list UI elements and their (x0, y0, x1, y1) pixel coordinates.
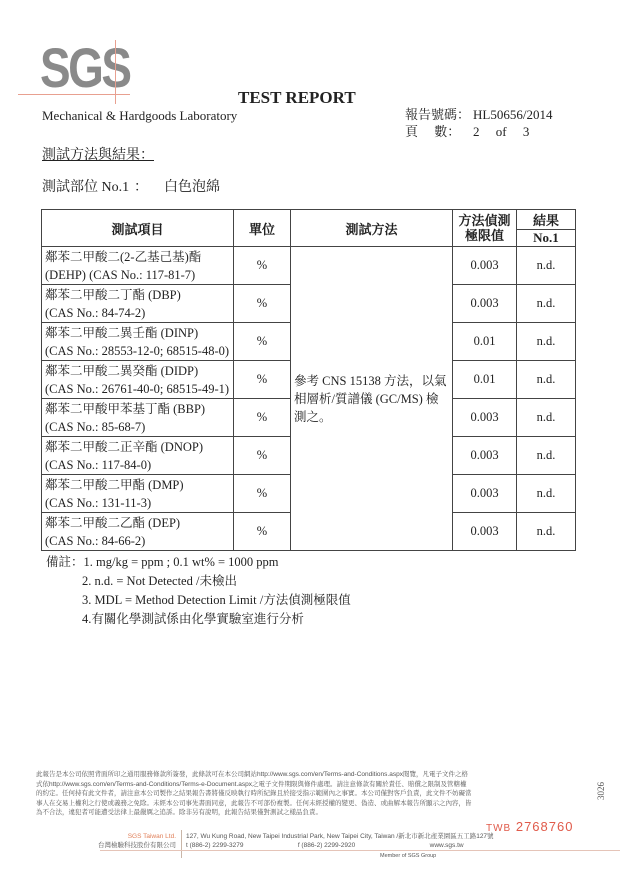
item-name: 鄰苯二甲酸二丁酯 (DBP) (45, 286, 230, 304)
report-no: HL50656/2014 (473, 106, 603, 123)
test-part: 測試部位 No.1 ： 白色泡綿 (42, 176, 220, 196)
item-cas: (CAS No.: 84-66-2) (45, 532, 230, 550)
result-cell: n.d. (517, 361, 576, 399)
mdl-cell: 0.003 (453, 285, 517, 323)
laboratory-name: Mechanical & Hardgoods Laboratory (42, 108, 237, 124)
item-name: 鄰苯二甲酸二(2-乙基己基)酯 (45, 248, 230, 266)
item-cas: (CAS No.: 26761-40-0; 68515-49-1) (45, 380, 230, 398)
company-en: SGS Taiwan Ltd. (48, 832, 176, 841)
header-method: 測試方法 (291, 210, 453, 247)
legal-line: 為不合法，違犯者可能遭受法律上最嚴厲之追訴。除非另有說明，此報告結果僅對測試之樣… (36, 808, 584, 818)
mdl-cell: 0.003 (453, 437, 517, 475)
unit-cell: % (234, 475, 291, 513)
footer-company: SGS Taiwan Ltd. 台灣檢驗科技股份有限公司 (48, 832, 176, 850)
company-zh: 台灣檢驗科技股份有限公司 (48, 841, 176, 850)
unit-cell: % (234, 399, 291, 437)
item-cas: (CAS No.: 84-74-2) (45, 304, 230, 322)
item-cell: 鄰苯二甲酸二異癸酯 (DIDP)(CAS No.: 26761-40-0; 68… (42, 361, 234, 399)
mdl-cell: 0.01 (453, 361, 517, 399)
header-unit: 單位 (234, 210, 291, 247)
item-cas: (CAS No.: 28553-12-0; 68515-48-0) (45, 342, 230, 360)
report-no-label: 報告號碼： (405, 106, 473, 123)
page-value: 2 of 3 (473, 123, 603, 140)
logo-horizontal-line (18, 94, 130, 95)
member-of-group: Member of SGS Group (380, 853, 436, 859)
item-name: 鄰苯二甲酸二甲酯 (DMP) (45, 476, 230, 494)
item-name: 鄰苯二甲酸二異壬酯 (DINP) (45, 324, 230, 342)
notes-label: 備註： (46, 555, 84, 569)
table-row: 鄰苯二甲酸二(2-乙基己基)酯(DEHP) (CAS No.: 117-81-7… (42, 247, 576, 285)
item-cell: 鄰苯二甲酸二異壬酯 (DINP)(CAS No.: 28553-12-0; 68… (42, 323, 234, 361)
mdl-cell: 0.003 (453, 247, 517, 285)
unit-cell: % (234, 247, 291, 285)
section-title: 測試方法與結果： (42, 144, 154, 164)
header-result-sub: No.1 (517, 230, 576, 247)
note-item: 4.有關化學測試係由化學實驗室進行分析 (46, 610, 351, 629)
item-cas: (CAS No.: 85-68-7) (45, 418, 230, 436)
item-cell: 鄰苯二甲酸二乙酯 (DEP)(CAS No.: 84-66-2) (42, 513, 234, 551)
serial-number: TWB 2768760 (486, 819, 573, 834)
unit-cell: % (234, 361, 291, 399)
results-table: 測試項目 單位 測試方法 方法偵測極限值 結果 No.1 鄰苯二甲酸二(2-乙基… (41, 209, 576, 551)
report-meta: 報告號碼： HL50656/2014 頁 數： 2 of 3 (405, 106, 603, 140)
item-cell: 鄰苯二甲酸二甲酯 (DMP)(CAS No.: 131-11-3) (42, 475, 234, 513)
header-mdl: 方法偵測極限值 (453, 210, 517, 247)
legal-line: 的約定。任何持有此文件者，請注意本公司製作之結果報告書將僅反映執行時所紀錄且於接… (36, 789, 584, 799)
unit-cell: % (234, 323, 291, 361)
mdl-cell: 0.003 (453, 513, 517, 551)
footer-rule (100, 850, 620, 851)
result-cell: n.d. (517, 475, 576, 513)
result-cell: n.d. (517, 323, 576, 361)
mdl-cell: 0.01 (453, 323, 517, 361)
website-link[interactable]: www.sgs.tw (400, 842, 464, 849)
test-part-label: 測試部位 No.1 (42, 176, 134, 196)
legal-line: 事人在交易上權利之行使或義務之免除。未經本公司事先書面同意，此報告不可部份複製。… (36, 799, 584, 809)
fax: f (886-2) 2299-2920 (298, 841, 398, 850)
unit-cell: % (234, 513, 291, 551)
sgs-logo: SGS (40, 40, 130, 96)
serial-value: 2768760 (516, 819, 574, 834)
note-item: 2. n.d. = Not Detected /未檢出 (46, 572, 351, 591)
footer-contact: 127, Wu Kung Road, New Taipei Industrial… (186, 832, 494, 850)
result-cell: n.d. (517, 437, 576, 475)
legal-line: 此報告是本公司依照背面所印之通用服務條款所簽發，此條款可在本公司網站http:/… (36, 770, 584, 780)
item-cas: (CAS No.: 117-84-0) (45, 456, 230, 474)
side-code: 3026 (596, 782, 606, 800)
legal-line: 式依http://www.sgs.com/en/Terms-and-Condit… (36, 780, 584, 790)
logo-vertical-line (115, 40, 116, 104)
note-item: 3. MDL = Method Detection Limit /方法偵測極限值 (46, 591, 351, 610)
result-cell: n.d. (517, 399, 576, 437)
report-title: TEST REPORT (238, 88, 356, 108)
item-name: 鄰苯二甲酸二異癸酯 (DIDP) (45, 362, 230, 380)
item-cell: 鄰苯二甲酸二正辛酯 (DNOP)(CAS No.: 117-84-0) (42, 437, 234, 475)
legal-disclaimer: 此報告是本公司依照背面所印之通用服務條款所簽發，此條款可在本公司網站http:/… (36, 770, 584, 818)
notes: 備註：1. mg/kg = ppm ; 0.1 wt% = 1000 ppm 2… (46, 553, 351, 629)
item-cas: (CAS No.: 131-11-3) (45, 494, 230, 512)
item-cell: 鄰苯二甲酸二丁酯 (DBP)(CAS No.: 84-74-2) (42, 285, 234, 323)
note-item: 1. mg/kg = ppm ; 0.1 wt% = 1000 ppm (84, 555, 279, 569)
result-cell: n.d. (517, 513, 576, 551)
result-cell: n.d. (517, 285, 576, 323)
test-part-separator: ： (134, 176, 164, 196)
unit-cell: % (234, 437, 291, 475)
mdl-cell: 0.003 (453, 475, 517, 513)
item-cell: 鄰苯二甲酸甲苯基丁酯 (BBP)(CAS No.: 85-68-7) (42, 399, 234, 437)
address: 127, Wu Kung Road, New Taipei Industrial… (186, 832, 494, 841)
test-part-value: 白色泡綿 (164, 176, 220, 196)
item-name: 鄰苯二甲酸二乙酯 (DEP) (45, 514, 230, 532)
item-cas: (DEHP) (CAS No.: 117-81-7) (45, 266, 230, 284)
footer-divider (181, 830, 182, 858)
header-item: 測試項目 (42, 210, 234, 247)
method-cell: 參考 CNS 15138 方法，以氣相層析/質譜儀 (GC/MS) 檢測之。 (291, 247, 453, 551)
header-result: 結果 (517, 210, 576, 230)
result-cell: n.d. (517, 247, 576, 285)
page-label: 頁 數： (405, 123, 473, 140)
unit-cell: % (234, 285, 291, 323)
item-name: 鄰苯二甲酸甲苯基丁酯 (BBP) (45, 400, 230, 418)
telephone: t (886-2) 2299-3279 (186, 841, 296, 850)
item-name: 鄰苯二甲酸二正辛酯 (DNOP) (45, 438, 230, 456)
mdl-cell: 0.003 (453, 399, 517, 437)
item-cell: 鄰苯二甲酸二(2-乙基己基)酯(DEHP) (CAS No.: 117-81-7… (42, 247, 234, 285)
